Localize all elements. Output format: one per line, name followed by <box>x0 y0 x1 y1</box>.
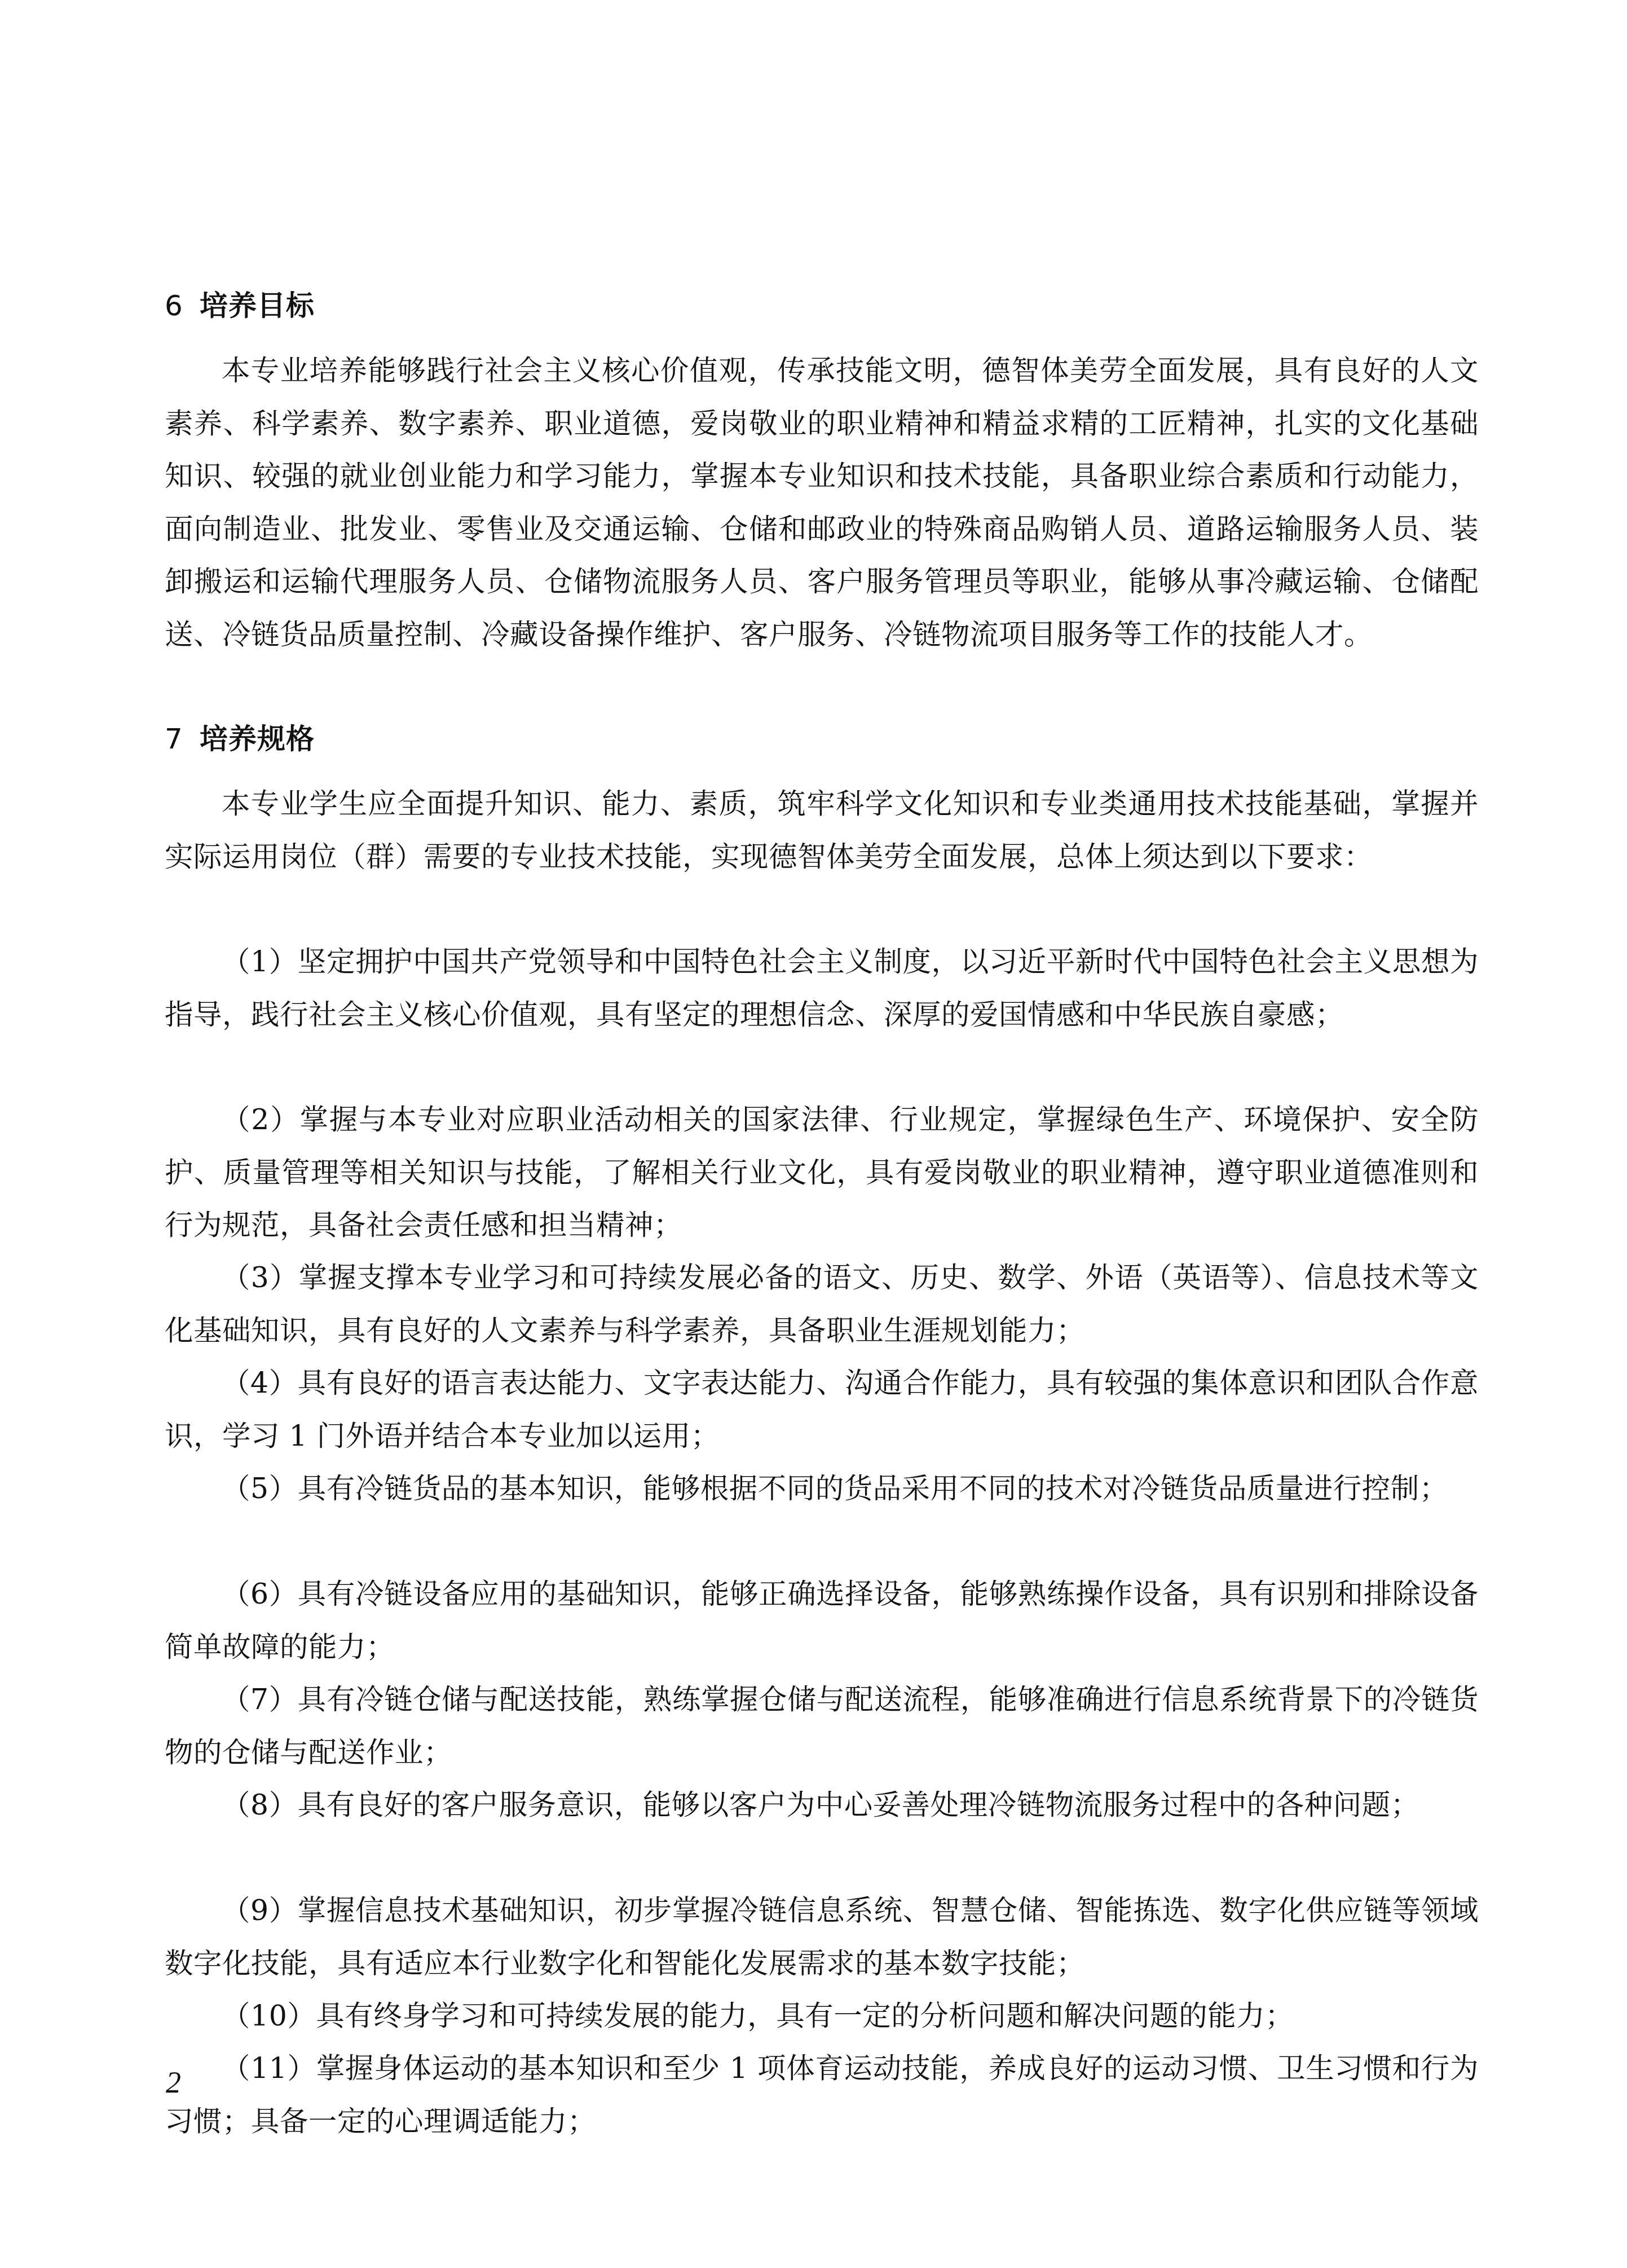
requirement-item-6: （6）具有冷链设备应用的基础知识，能够正确选择设备，能够熟练操作设备，具有识别和… <box>165 1567 1479 1673</box>
page-number: 2 <box>166 2066 181 2099</box>
requirement-item-1: （1）坚定拥护中国共产党领导和中国特色社会主义制度，以习近平新时代中国特色社会主… <box>165 935 1479 1041</box>
paragraph-specifications-intro: 本专业学生应全面提升知识、能力、素质，筑牢科学文化知识和专业类通用技术技能基础，… <box>165 777 1479 883</box>
document-page: 6培养目标 本专业培养能够践行社会主义核心价值观，传承技能文明，德智体美劳全面发… <box>0 0 1627 2268</box>
requirement-item-10: （10）具有终身学习和可持续发展的能力，具有一定的分析问题和解决问题的能力； <box>165 1989 1479 2042</box>
section-heading-training-objectives: 6培养目标 <box>165 289 315 323</box>
requirement-item-4: （4）具有良好的语言表达能力、文字表达能力、沟通合作能力，具有较强的集体意识和团… <box>165 1357 1479 1462</box>
section-heading-training-specifications: 7培养规格 <box>165 722 315 756</box>
requirement-item-11: （11）掌握身体运动的基本知识和至少 1 项体育运动技能，养成良好的运动习惯、卫… <box>165 2042 1479 2147</box>
requirement-item-3: （3）掌握支撑本专业学习和可持续发展必备的语文、历史、数学、外语（英语等）、信息… <box>165 1251 1479 1357</box>
section-number: 6 <box>165 289 200 323</box>
requirement-item-2: （2）掌握与本专业对应职业活动相关的国家法律、行业规定，掌握绿色生产、环境保护、… <box>165 1093 1479 1252</box>
requirement-item-5: （5）具有冷链货品的基本知识，能够根据不同的货品采用不同的技术对冷链货品质量进行… <box>165 1462 1479 1515</box>
section-title: 培养目标 <box>200 289 315 322</box>
requirement-item-9: （9）掌握信息技术基础知识，初步掌握冷链信息系统、智慧仓储、智能拣选、数字化供应… <box>165 1884 1479 1989</box>
requirement-item-7: （7）具有冷链仓储与配送技能，熟练掌握仓储与配送流程，能够准确进行信息系统背景下… <box>165 1673 1479 1778</box>
section-title: 培养规格 <box>200 723 315 755</box>
requirement-item-8: （8）具有良好的客户服务意识，能够以客户为中心妥善处理冷链物流服务过程中的各种问… <box>165 1778 1479 1831</box>
paragraph-training-objectives: 本专业培养能够践行社会主义核心价值观，传承技能文明，德智体美劳全面发展，具有良好… <box>165 344 1479 660</box>
section-number: 7 <box>165 722 200 756</box>
